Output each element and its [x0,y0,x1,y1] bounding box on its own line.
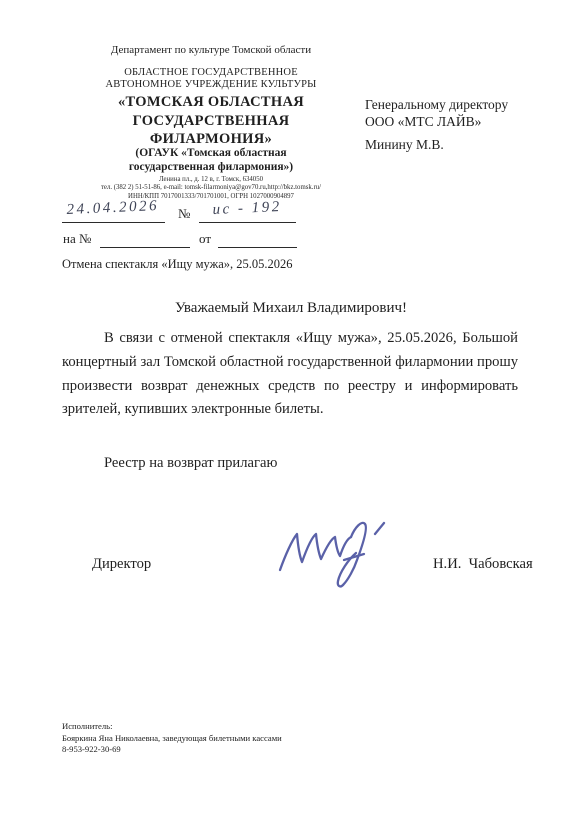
handwritten-number: ис - 192 [212,199,282,219]
outgoing-number-field: ис - 192 [199,201,296,223]
org-name-line2: ГОСУДАРСТВЕННАЯ [62,112,360,131]
body-paragraph: В связи с отменой спектакля «Ищу мужа», … [62,327,518,422]
letter-page: Департамент по культуре Томской области … [0,0,572,822]
org-requisites: Ленина пл., д. 12 в, г. Томск, 634050 те… [62,176,360,201]
greeting: Уважаемый Михаил Владимирович! [62,300,520,317]
org-short-line2: государственная филармония») [62,161,360,175]
executor-name: Бояркина Яна Николаевна, заведующая биле… [62,733,282,745]
org-name-line3: ФИЛАРМОНИЯ» [62,130,360,149]
outgoing-date-field: 24.04.2026 [62,201,165,223]
addressee-position: Генеральному директору [365,97,555,114]
signer-position: Директор [92,556,151,573]
org-contacts: тел. (382 2) 51-51-86, e-mail: tomsk-fil… [62,184,360,192]
addressee-name: Минину М.В. [365,137,555,154]
org-type: ОБЛАСТНОЕ ГОСУДАРСТВЕННОЕ АВТОНОМНОЕ УЧР… [62,67,360,91]
executor-phone: 8-953-922-30-69 [62,744,282,756]
reply-from-date-field [218,228,297,248]
executor-block: Исполнитель: Бояркина Яна Николаевна, за… [62,721,282,756]
number-sign-label: № [178,206,190,222]
addressee-company: ООО «МТС ЛАЙВ» [365,114,555,131]
org-type-line1: ОБЛАСТНОЕ ГОСУДАРСТВЕННОЕ [62,67,360,79]
reply-from-date-label: от [199,231,211,247]
org-short-name: (ОГАУК «Томская областная государственна… [62,147,360,174]
org-short-line1: (ОГАУК «Томская областная [62,147,360,161]
subject-line: Отмена спектакля «Ищу мужа», 25.05.2026 [62,257,293,272]
reply-to-number-field [100,228,190,248]
addressee-block: Генеральному директору ООО «МТС ЛАЙВ» Ми… [365,97,555,154]
department-name: Департамент по культуре Томской области [62,44,360,56]
reply-to-number-label: на № [63,231,91,247]
signer-name: Н.И. Чабовская [433,556,533,573]
handwritten-date: 24.04.2026 [67,198,160,219]
org-name: «ТОМСКАЯ ОБЛАСТНАЯ ГОСУДАРСТВЕННАЯ ФИЛАР… [62,93,360,149]
org-address: Ленина пл., д. 12 в, г. Томск, 634050 [62,176,360,184]
org-name-line1: «ТОМСКАЯ ОБЛАСТНАЯ [62,93,360,112]
org-type-line2: АВТОНОМНОЕ УЧРЕЖДЕНИЕ КУЛЬТУРЫ [62,79,360,91]
executor-label: Исполнитель: [62,721,282,733]
attachment-note: Реестр на возврат прилагаю [62,455,462,472]
signature-ink-icon [272,510,390,594]
